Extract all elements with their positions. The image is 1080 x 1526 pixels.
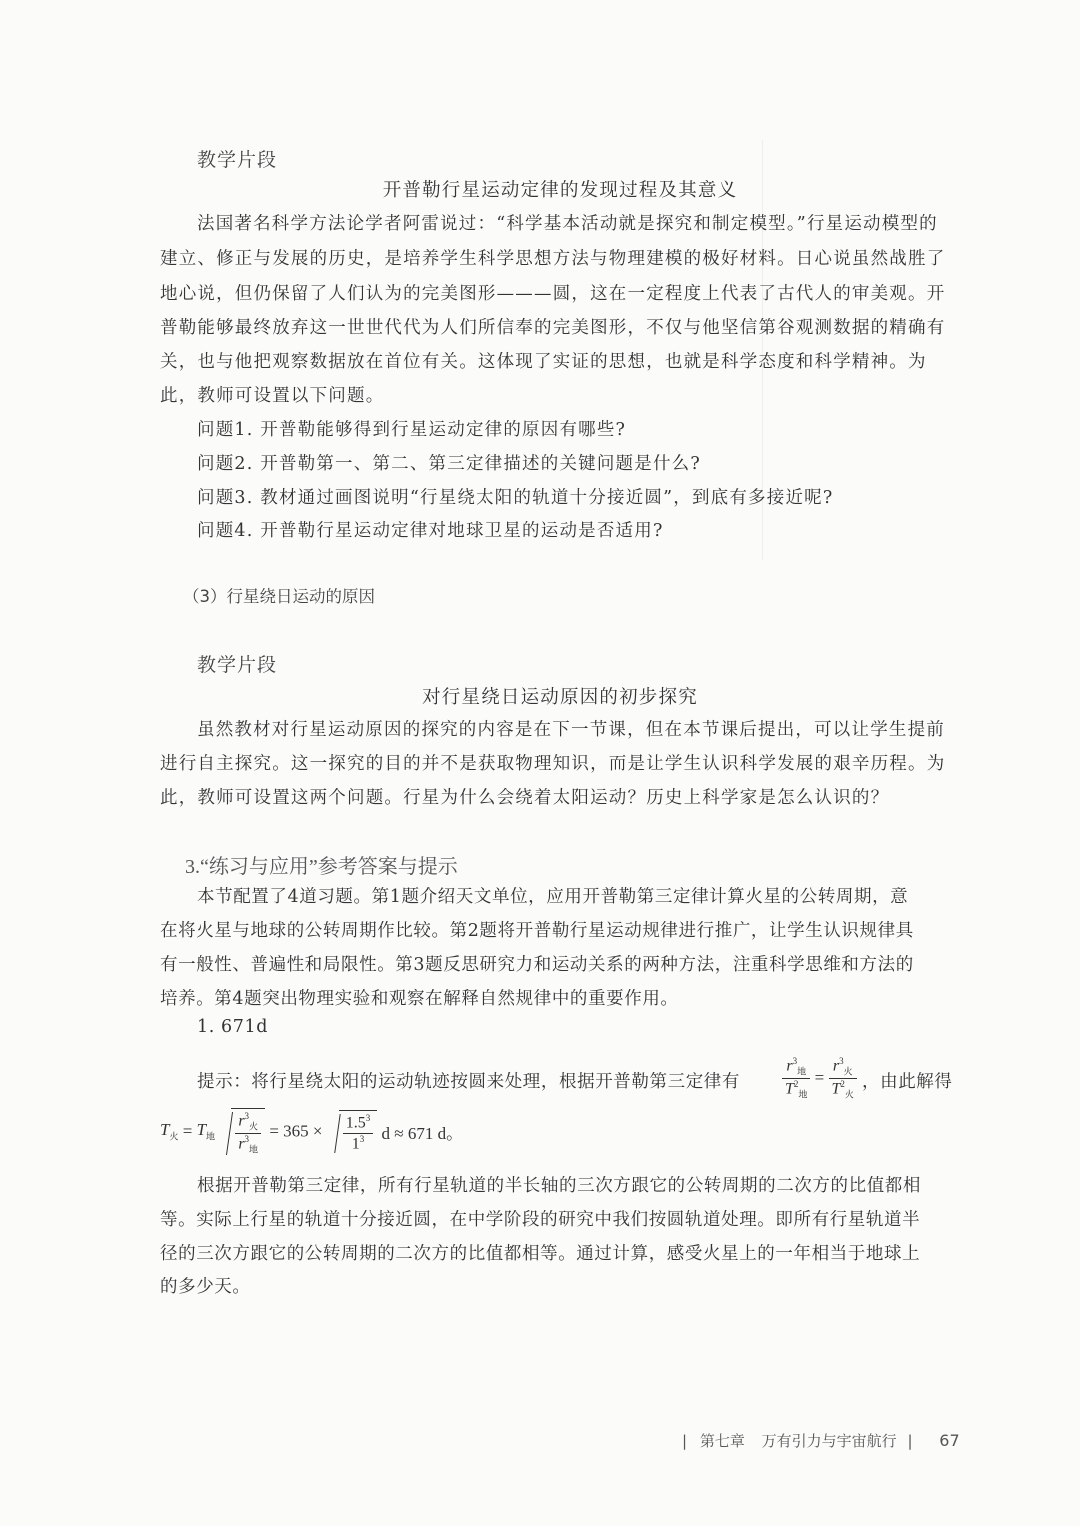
hint-suffix: ，由此解得	[862, 1068, 953, 1093]
paragraph-line: 普勒能够最终放弃这一世世代代为人们所信奉的完美图形，不仅与他坚信第谷观测数据的精…	[160, 314, 960, 339]
sqrt-numeric: 1.53 13	[327, 1110, 378, 1153]
footer-divider: |	[682, 1432, 687, 1450]
page-footer: | 第七章 万有引力与宇宙航行 | 67	[682, 1430, 960, 1451]
section-title-orbit-cause: 对行星绕日运动原因的初步探究	[160, 683, 960, 709]
question-3: 问题3. 教材通过画图说明“行星绕太阳的轨道十分接近圆”，到底有多接近呢?	[197, 484, 960, 509]
fraction-mars: r3火 T2火	[829, 1056, 857, 1100]
paragraph-line: 建立、修正与发展的历史，是培养学生科学思想方法与物理建模的极好材料。日心说虽然战…	[160, 245, 960, 270]
paragraph-line: 法国著名科学方法论学者阿雷说过：“科学基本活动就是探究和制定模型。”行星运动模型…	[197, 210, 960, 235]
fraction-earth: r3地 T2地	[782, 1056, 810, 1100]
paragraph-line: 的多少天。	[160, 1273, 960, 1298]
page-number: 67	[939, 1431, 959, 1450]
hint-prefix: 提示：将行星绕太阳的运动轨迹按圆来处理，根据开普勒第三定律有	[197, 1072, 740, 1092]
section-label-teaching-excerpt-1: 教学片段	[197, 145, 997, 172]
question-2: 问题2. 开普勒第一、第二、第三定律描述的关键问题是什么?	[197, 450, 960, 475]
kepler-third-law-equation: r3地 T2地 = r3火 T2火	[782, 1056, 857, 1100]
footer-divider: |	[907, 1432, 912, 1450]
paragraph-line: 此，教师可设置以下问题。	[160, 382, 960, 407]
paragraph-line: 进行自主探究。这一探究的目的并不是获取物理知识，而是让学生认识科学发展的艰辛历程…	[160, 750, 960, 775]
footer-chapter-title: 万有引力与宇宙航行	[762, 1432, 897, 1450]
subsection-heading: （3）行星绕日运动的原因	[183, 583, 983, 607]
mars-period-formula: T火 = T地 r3火 r3地 = 365 × 1.53 13 d ≈ 671 …	[160, 1108, 463, 1155]
question-1: 问题1. 开普勒能够得到行星运动定律的原因有哪些?	[197, 416, 960, 441]
section-heading-exercise-answers: 3.“练习与应用”参考答案与提示	[185, 850, 985, 879]
footer-chapter: 第七章	[700, 1432, 745, 1450]
paragraph-line: 有一般性、普遍性和局限性。第3题反思研究力和运动关系的两种方法，注重科学思维和方…	[160, 951, 960, 976]
section-label-teaching-excerpt-2: 教学片段	[197, 650, 997, 677]
paragraph-line: 等。实际上行星的轨道十分接近圆，在中学阶段的研究中我们按圆轨道处理。即所有行星轨…	[160, 1206, 960, 1231]
paragraph-line: 培养。第4题突出物理实验和观察在解释自然规律中的重要作用。	[160, 985, 960, 1010]
section-title-kepler-discovery: 开普勒行星运动定律的发现过程及其意义	[160, 176, 960, 202]
paragraph-line: 本节配置了4道习题。第1题介绍天文单位，应用开普勒第三定律计算火星的公转周期，意	[197, 883, 960, 908]
paragraph-line: 关，也与他把观察数据放在首位有关。这体现了实证的思想，也就是科学态度和科学精神。…	[160, 348, 960, 373]
answer-1: 1. 671d	[197, 1017, 997, 1037]
sqrt-ratio: r3火 r3地	[219, 1108, 265, 1155]
paragraph-line: 地心说，但仍保留了人们认为的完美图形———圆，这在一定程度上代表了古代人的审美观…	[160, 280, 960, 305]
paragraph-line: 径的三次方跟它的公转周期的二次方的比值都相等。通过计算，感受火星上的一年相当于地…	[160, 1240, 960, 1265]
question-4: 问题4. 开普勒行星运动定律对地球卫星的运动是否适用?	[197, 517, 960, 542]
paragraph-line: 虽然教材对行星运动原因的探究的内容是在下一节课，但在本节课后提出，可以让学生提前	[197, 716, 960, 741]
paragraph-line: 根据开普勒第三定律，所有行星轨道的半长轴的三次方跟它的公转周期的二次方的比值都相	[197, 1172, 960, 1197]
paragraph-line: 此，教师可设置这两个问题。行星为什么会绕着太阳运动？历史上科学家是怎么认识的？	[160, 784, 960, 809]
paragraph-line: 在将火星与地球的公转周期作比较。第2题将开普勒行星运动规律进行推广，让学生认识规…	[160, 917, 960, 942]
